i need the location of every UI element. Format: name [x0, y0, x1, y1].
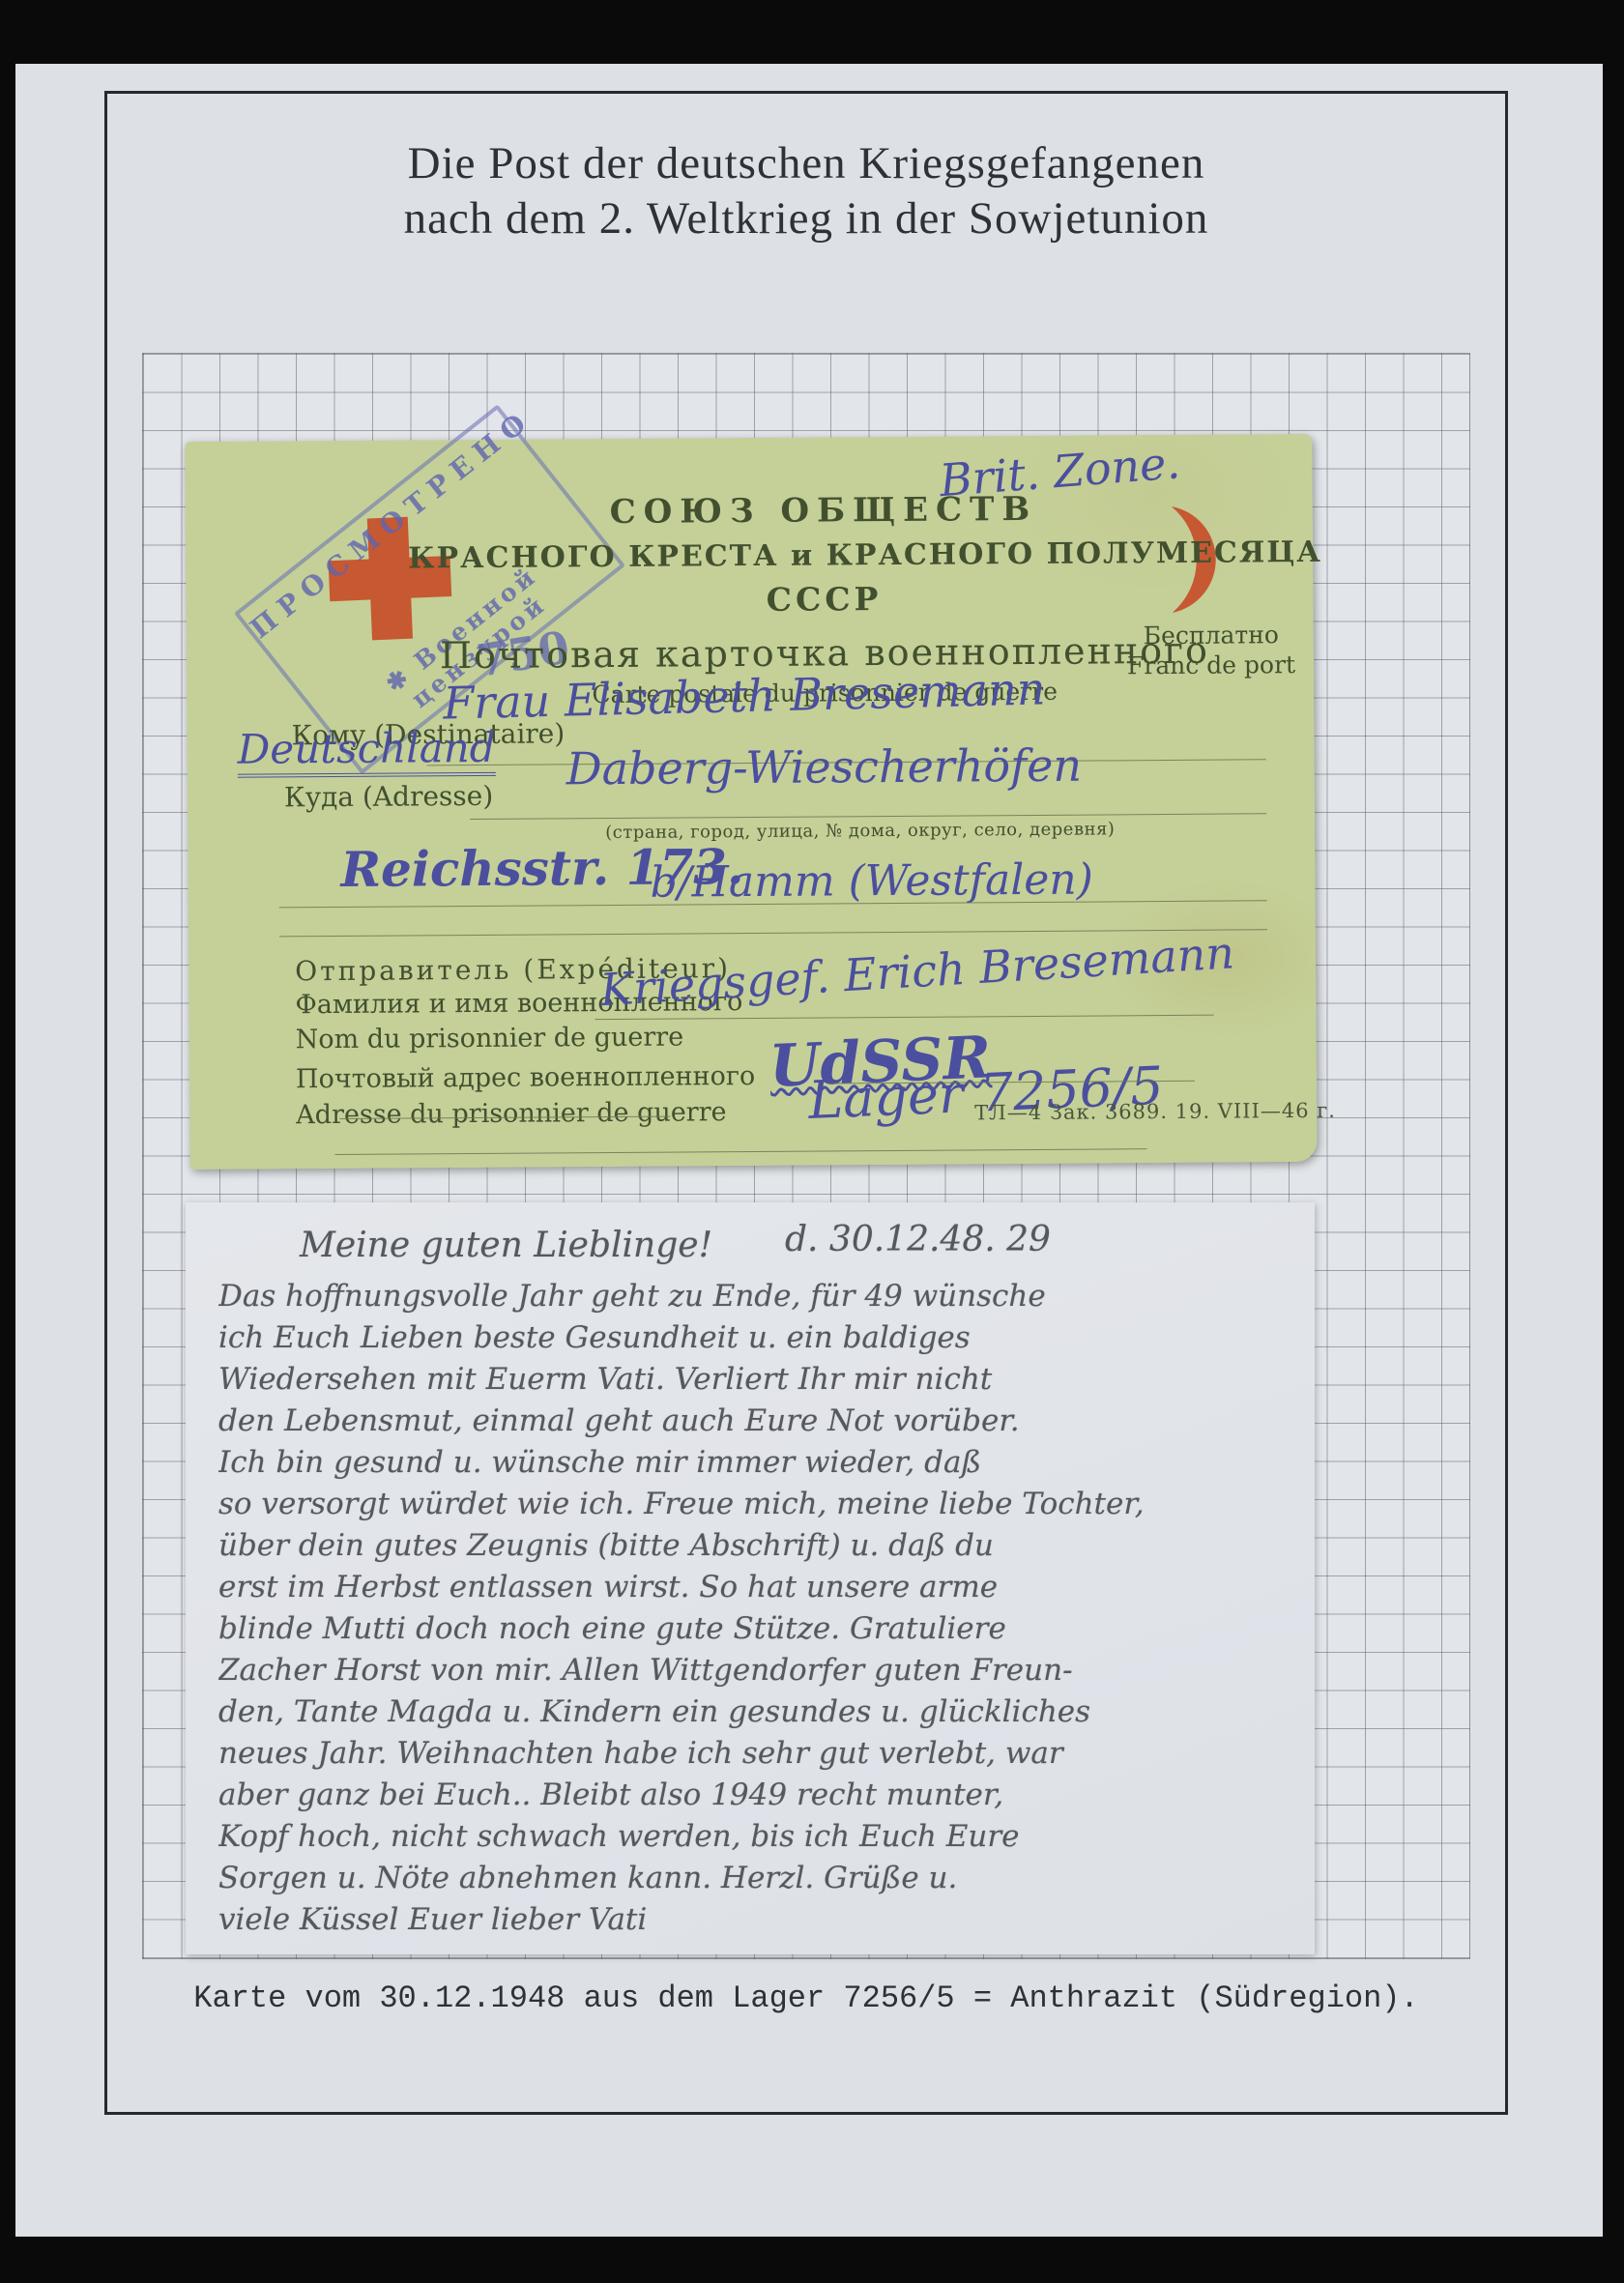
address-value: Daberg-Wiescherhöfen [566, 739, 1083, 795]
free-post-note: Бесплатно Franc de port [1105, 620, 1318, 681]
message-line: über dein gutes Zeugnis (bitte Abschrift… [218, 1525, 1301, 1567]
page-frame: Die Post der deutschen Kriegsgefangenen … [104, 91, 1508, 2115]
pow-address-label-ru: Почтовый адрес военнопленного [296, 1061, 755, 1094]
country-value: Deutschland [237, 724, 495, 773]
org-name-line3: СССР [408, 577, 1239, 621]
message-line: blinde Mutti doch noch eine gute Stütze.… [218, 1608, 1301, 1650]
message-line: aber ganz bei Euch.. Bleibt also 1949 re… [218, 1775, 1301, 1816]
print-imprint: ТЛ—4 Зак. 3689. 19. VIII—46 г. [974, 1099, 1336, 1125]
grid-paper: ПРОСМОТРЕНО ✱ Военной цензурой 750 Brit.… [142, 353, 1470, 1959]
message-line: Kopf hoch, nicht schwach werden, bis ich… [218, 1816, 1301, 1858]
message-line: den, Tante Magda u. Kindern ein gesundes… [218, 1691, 1301, 1733]
pow-address-label-fr: Adresse du prisonnier de guerre [296, 1097, 727, 1130]
message-body: Das hoffnungsvolle Jahr geht zu Ende, fü… [218, 1276, 1301, 1941]
album-page: Die Post der deutschen Kriegsgefangenen … [15, 64, 1603, 2237]
place-value: b/Hamm (Westfalen) [650, 855, 1093, 908]
org-name-line2: КРАСНОГО КРЕСТА и КРАСНОГО ПОЛУМЕСЯЦА [408, 535, 1239, 575]
caption: Karte vom 30.12.1948 aus dem Lager 7256/… [107, 1980, 1505, 2016]
message-salutation: Meine guten Lieblinge! [300, 1226, 712, 1265]
message-line: erst im Herbst entlassen wirst. So hat u… [218, 1567, 1301, 1608]
message-line: neues Jahr. Weihnachten habe ich sehr gu… [218, 1733, 1301, 1775]
free-post-fr: Franc de port [1105, 650, 1318, 681]
address-line [470, 813, 1266, 820]
scan-background: { "album": { "title_line1": "Die Post de… [0, 0, 1624, 2283]
message-date: d. 30.12.48. 29 [785, 1220, 1051, 1259]
page-title-line2: nach dem 2. Weltkrieg in der Sowjetunion [107, 191, 1505, 246]
page-title-line1: Die Post der deutschen Kriegsgefangenen [107, 136, 1505, 191]
message-line: Das hoffnungsvolle Jahr geht zu Ende, fü… [218, 1276, 1301, 1317]
sender-label-fr: Nom du prisonnier de guerre [296, 1022, 684, 1055]
message-line: so versorgt würdet wie ich. Freue mich, … [218, 1484, 1301, 1525]
address-label: Куда (Adresse) [284, 780, 493, 814]
free-post-ru: Бесплатно [1105, 620, 1318, 651]
message-line: den Lebensmut, einmal geht auch Eure Not… [218, 1401, 1301, 1442]
pow-postcard: ПРОСМОТРЕНО ✱ Военной цензурой 750 Brit.… [185, 434, 1317, 1170]
message-paper: Meine guten Lieblinge! d. 30.12.48. 29 D… [186, 1202, 1315, 1954]
message-line: Sorgen u. Nöte abnehmen kann. Herzl. Grü… [218, 1858, 1301, 1899]
sender-value: Kriegsgef. Erich Bresemann [598, 926, 1235, 1016]
org-name-line1: СОЮЗ ОБЩЕСТВ [408, 488, 1239, 533]
address-line [335, 1148, 1147, 1155]
message-line: Wiedersehen mit Euerm Vati. Verliert Ihr… [218, 1359, 1301, 1401]
message-line: ich Euch Lieben beste Gesundheit u. ein … [218, 1317, 1301, 1359]
message-line: Ich bin gesund u. wünsche mir immer wied… [218, 1442, 1301, 1484]
page-title: Die Post der deutschen Kriegsgefangenen … [107, 136, 1505, 247]
message-line: viele Küssel Euer lieber Vati [218, 1899, 1301, 1941]
message-line: Zacher Horst von mir. Allen Wittgendorfe… [218, 1650, 1301, 1691]
